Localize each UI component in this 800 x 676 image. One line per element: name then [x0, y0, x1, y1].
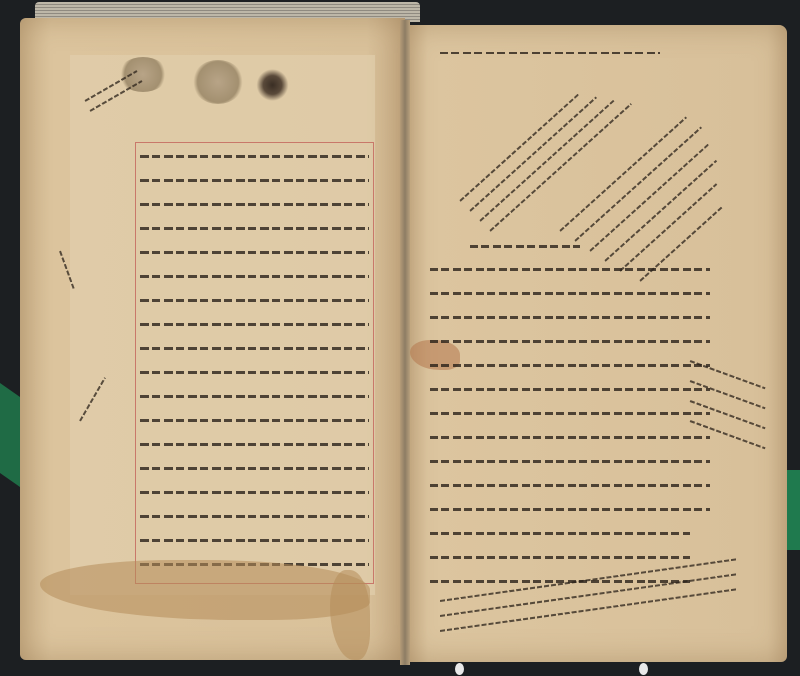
basmala-line: [470, 245, 580, 248]
ink-blot-seal: [255, 65, 290, 105]
header-note: [440, 52, 660, 54]
marker-dot: [455, 663, 464, 675]
seal-impression: [192, 60, 244, 104]
marker-dot: [639, 663, 648, 675]
main-text-block-left: [135, 142, 374, 584]
image-subject: Open Arabic-script manuscript, two facin…: [0, 0, 1, 1]
seal-impression: [118, 57, 168, 92]
book-gutter: [400, 20, 410, 665]
right-page: [405, 25, 787, 662]
